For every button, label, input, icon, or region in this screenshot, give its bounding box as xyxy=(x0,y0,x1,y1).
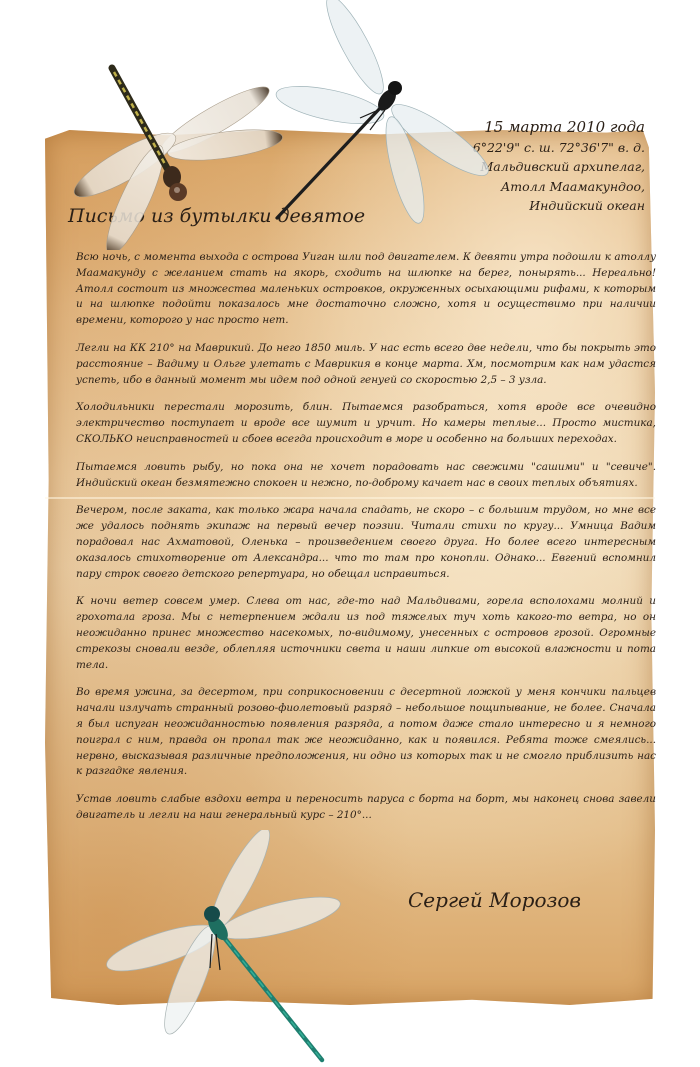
paragraph: Вечером, после заката, как только жара н… xyxy=(76,503,656,582)
paragraph: К ночи ветер совсем умер. Слева от нас, … xyxy=(76,594,656,673)
letter-date: 15 марта 2010 года xyxy=(473,118,645,138)
paragraph: Легли на КК 210° на Маврикий. До него 18… xyxy=(76,341,656,388)
paragraph: Пытаемся ловить рыбу, но пока она не хоч… xyxy=(76,460,656,492)
location-line: Индийский океан xyxy=(473,196,645,216)
letter-title: Письмо из бутылки девятое xyxy=(68,205,365,227)
coordinates: 6°22'9" с. ш. 72°36'7" в. д. xyxy=(473,138,645,158)
paragraph: Холодильники перестали морозить, блин. П… xyxy=(76,400,656,447)
date-location-block: 15 марта 2010 года 6°22'9" с. ш. 72°36'7… xyxy=(473,118,645,216)
paragraph: Всю ночь, с момента выхода с острова Уиг… xyxy=(76,250,656,329)
letter-body: Всю ночь, с момента выхода с острова Уиг… xyxy=(76,250,656,836)
location-line: Мальдивский архипелаг, xyxy=(473,157,645,177)
signature: Сергей Морозов xyxy=(408,888,581,912)
location-line: Атолл Маамакундоо, xyxy=(473,177,645,197)
paragraph: Во время ужина, за десертом, при соприко… xyxy=(76,685,656,780)
paragraph: Устав ловить слабые вздохи ветра и перен… xyxy=(76,792,656,824)
